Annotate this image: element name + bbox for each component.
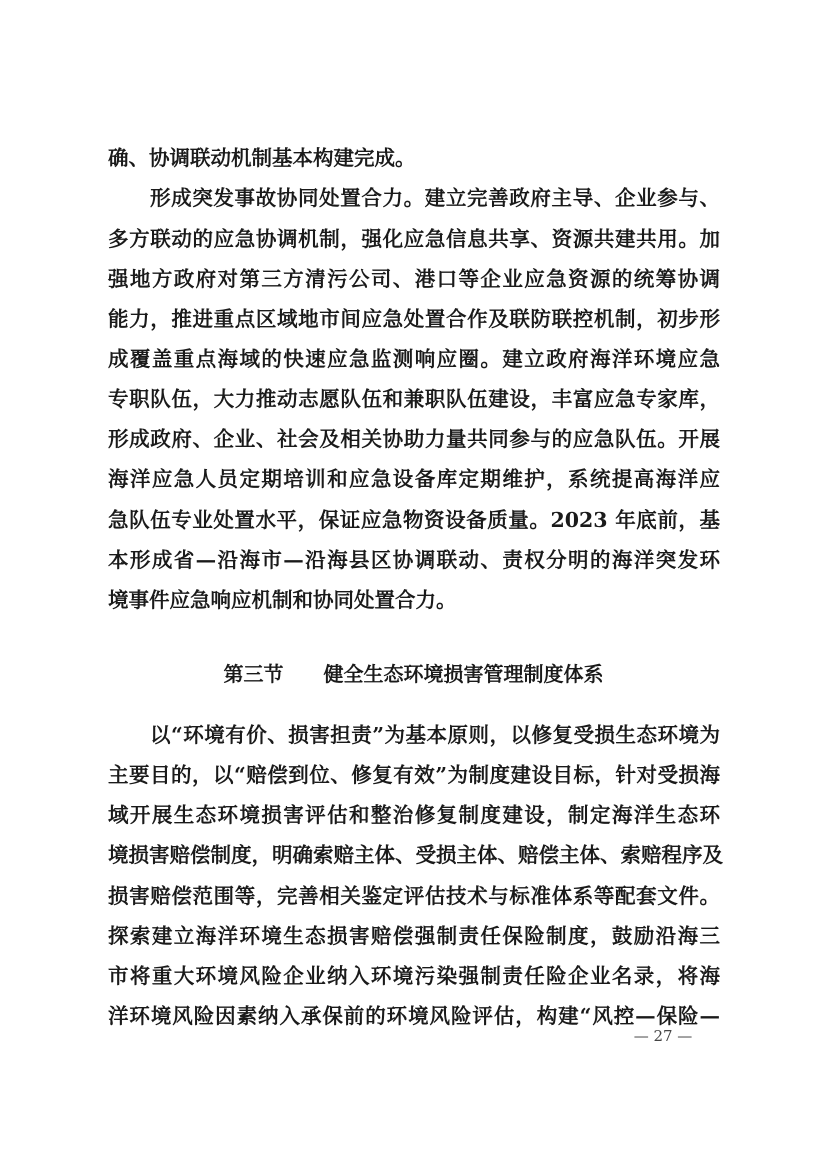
text-line: 海洋应急人员定期培训和应急设备库定期维护，系统提高海洋应: [108, 459, 720, 499]
text-line: 能力，推进重点区域地市间应急处置合作及联防联控机制，初步形: [108, 299, 720, 339]
text-line: 探索建立海洋环境生态损害赔偿强制责任保险制度，鼓励沿海三: [108, 916, 720, 956]
text-line: 专职队伍，大力推动志愿队伍和兼职队伍建设，丰富应急专家库，: [108, 379, 720, 419]
text-line: 多方联动的应急协调机制，强化应急信息共享、资源共建共用。加: [108, 219, 720, 259]
section-number: 第三节: [224, 662, 284, 686]
text-line: 损害赔偿范围等，完善相关鉴定评估技术与标准体系等配套文件。: [108, 876, 720, 916]
text-line: 强地方政府对第三方清污公司、港口等企业应急资源的统筹协调: [108, 259, 720, 299]
text-line: 成覆盖重点海域的快速应急监测响应圈。建立政府海洋环境应急: [108, 339, 720, 379]
text-line: 形成政府、企业、社会及相关协助力量共同参与的应急队伍。开展: [108, 419, 720, 459]
text-line: 境事件应急响应机制和协同处置合力。: [108, 580, 720, 620]
text-line: 主要目的，以“赔偿到位、修复有效”为制度建设目标，针对受损海: [108, 755, 720, 795]
text-line: 形成突发事故协同处置合力。建立完善政府主导、企业参与、: [150, 178, 720, 218]
section-title: 健全生态环境损害管理制度体系: [324, 662, 604, 686]
text-line: 域开展生态环境损害评估和整治修复制度建设，制定海洋生态环: [108, 795, 720, 835]
text-line: 以“环境有价、损害担责”为基本原则，以修复受损生态环境为: [150, 715, 720, 755]
document-page: 确、协调联动机制基本构建完成。 形成突发事故协同处置合力。建立完善政府主导、企业…: [0, 0, 827, 1169]
text-line: 市将重大环境风险企业纳入环境污染强制责任险企业名录，将海: [108, 956, 720, 996]
section-heading: 第三节健全生态环境损害管理制度体系: [0, 654, 827, 694]
text-line: 急队伍专业处置水平，保证应急物资设备质量。2023 年底前，基: [108, 500, 720, 540]
text-line: 境损害赔偿制度，明确索赔主体、受损主体、赔偿主体、索赔程序及: [108, 835, 720, 875]
text-line: 本形成省—沿海市—沿海县区协调联动、责权分明的海洋突发环: [108, 540, 720, 580]
page-number: — 27 —: [623, 1024, 703, 1048]
text-line: 确、协调联动机制基本构建完成。: [108, 138, 720, 178]
